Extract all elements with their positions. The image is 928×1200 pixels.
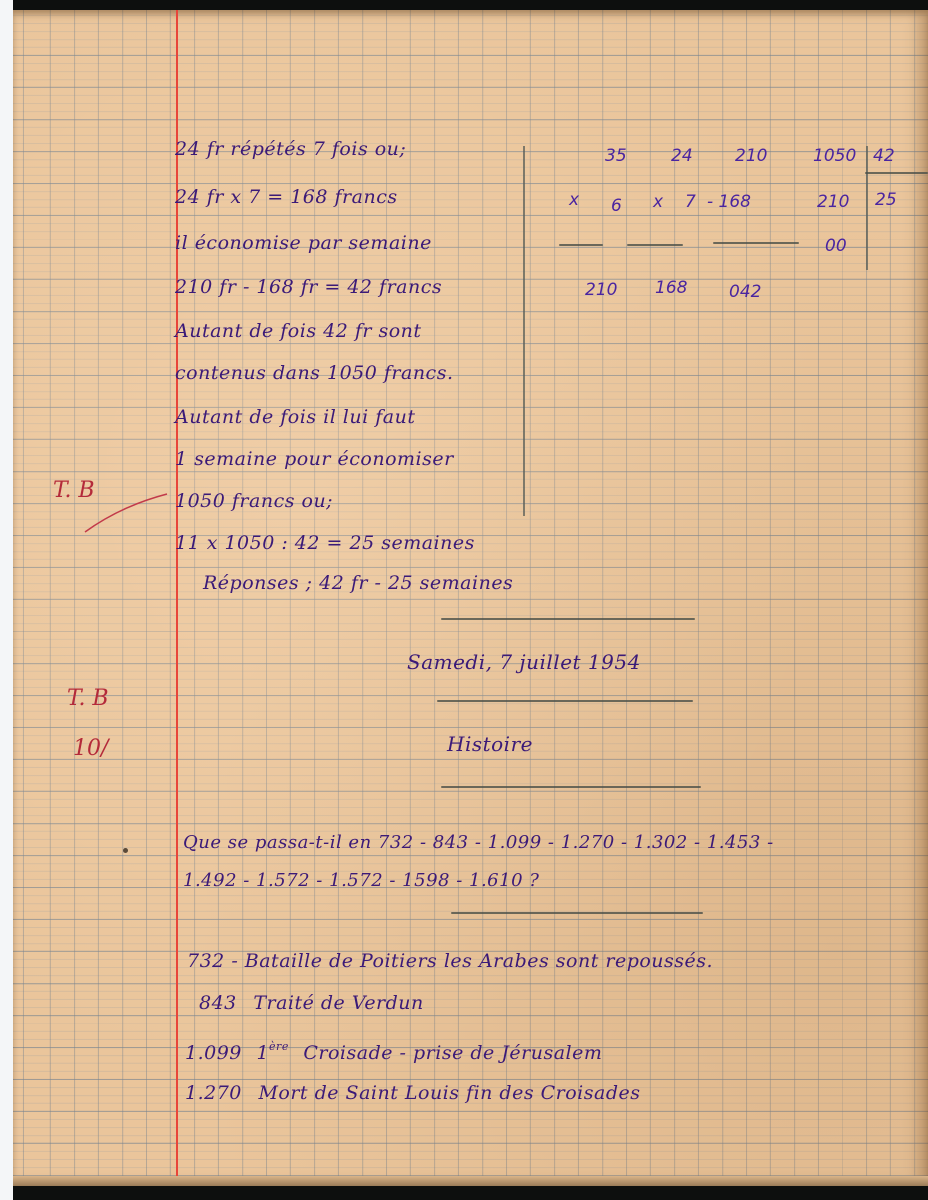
history-question: 1.492 - 1.572 - 1.572 - 1598 - 1.610 ? [183, 870, 539, 891]
ink-spot [123, 848, 128, 853]
answer-ordinal-sup: ère [269, 1040, 289, 1053]
calc-value: 210 [585, 280, 617, 300]
solution-line: 1050 francs ou; [175, 490, 333, 512]
answer-year: 732 [187, 950, 225, 972]
heading-rule [441, 786, 701, 788]
calc-value: 7 [685, 192, 696, 212]
page-bottom-edge [13, 1176, 928, 1186]
section-rule [451, 912, 703, 914]
answer-ordinal: 1 [256, 1042, 269, 1064]
answer-year: 1.270 [185, 1082, 242, 1104]
teacher-mark-tb: T. B [67, 686, 109, 711]
calc-operator: x [653, 192, 663, 212]
solution-line: Autant de fois il lui faut [175, 406, 415, 428]
answer-text: Traité de Verdun [253, 992, 423, 1014]
history-answer: 1.270 Mort de Saint Louis fin des Croisa… [185, 1082, 641, 1104]
teacher-check-stroke-icon [81, 488, 171, 538]
history-answer: 843 Traité de Verdun [199, 992, 424, 1014]
subject-heading: Histoire [447, 732, 533, 756]
history-answer: 1.099 1ère Croisade - prise de Jérusalem [185, 1040, 602, 1064]
heading-rule [441, 618, 695, 620]
calc-value: 24 [671, 146, 693, 166]
calc-value: 210 [817, 192, 849, 212]
notebook-page: 24 fr répétés 7 fois ou; 24 fr x 7 = 168… [13, 10, 928, 1186]
calc-value: 35 [605, 146, 627, 166]
calc-underline [559, 244, 603, 246]
date-heading: Samedi, 7 juillet 1954 [407, 650, 641, 674]
calc-underline [627, 244, 683, 246]
answer-text: - Bataille de Poitiers les Arabes sont r… [231, 950, 713, 972]
answer-text: Croisade - prise de Jérusalem [303, 1042, 602, 1064]
history-answer: 732 - Bataille de Poitiers les Arabes so… [187, 950, 713, 972]
solution-line: 11 x 1050 : 42 = 25 semaines [175, 532, 475, 554]
calc-divider-line [523, 146, 525, 516]
calc-value: 210 [735, 146, 767, 166]
division-vertical-bar [866, 146, 868, 270]
answer-year: 1.099 [185, 1042, 242, 1064]
calc-value: 1050 [813, 146, 856, 166]
calc-underline [713, 242, 799, 244]
calc-value: 42 [873, 146, 895, 166]
calc-remainder: 00 [825, 236, 847, 256]
answer-year: 843 [199, 992, 237, 1014]
calc-value: - 168 [707, 192, 751, 212]
division-horizontal-bar [865, 172, 928, 174]
solution-answer: Réponses ; 42 fr - 25 semaines [203, 572, 513, 594]
solution-line: il économise par semaine [175, 232, 432, 254]
calc-value: 25 [875, 190, 897, 210]
calc-value: 042 [729, 282, 761, 302]
answer-text: Mort de Saint Louis fin des Croisades [258, 1082, 640, 1104]
scan-background-strip [0, 0, 13, 1200]
teacher-grade: 10/ [73, 736, 108, 761]
solution-line: 24 fr répétés 7 fois ou; [175, 138, 406, 160]
calc-value: 6 [611, 196, 622, 216]
calc-operator: x [569, 190, 579, 210]
solution-line: Autant de fois 42 fr sont [175, 320, 422, 342]
heading-rule [437, 700, 693, 702]
solution-line: contenus dans 1050 francs. [175, 362, 453, 384]
solution-line: 24 fr x 7 = 168 francs [175, 186, 398, 208]
history-question: Que se passa-t-il en 732 - 843 - 1.099 -… [183, 832, 774, 853]
solution-line: 1 semaine pour économiser [175, 448, 454, 470]
solution-line: 210 fr - 168 fr = 42 francs [175, 276, 442, 298]
calc-value: 168 [655, 278, 687, 298]
